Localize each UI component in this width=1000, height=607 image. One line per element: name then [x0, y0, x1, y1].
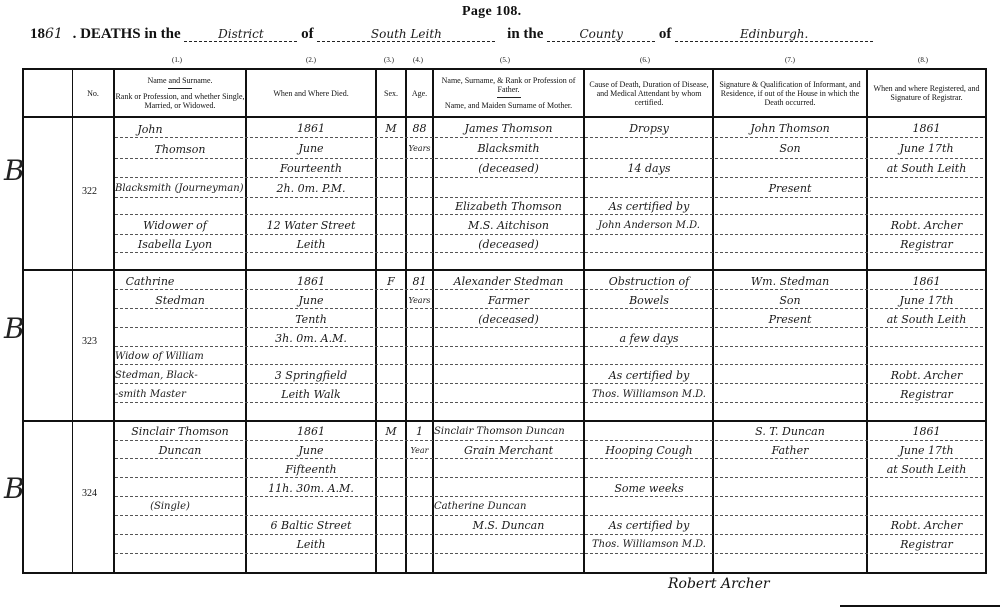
when-line: Fourteenth — [247, 162, 375, 175]
when-line: 11h. 30m. A.M. — [247, 482, 375, 495]
name-line: Cathrine — [115, 275, 185, 288]
cause-line: Obstruction of — [586, 275, 712, 288]
where-line: 6 Baltic Street — [247, 519, 375, 532]
header-name-top: Name and Surname. — [147, 76, 212, 85]
header-sex-label: Sex. — [384, 89, 398, 98]
header-cause: Cause of Death, Duration of Disease, and… — [586, 70, 712, 116]
header-no: No. — [73, 70, 113, 116]
certified-line: As certified by — [586, 200, 712, 213]
column-number-6: (6.) — [640, 56, 650, 64]
marital-line: (Single) — [115, 500, 225, 513]
rule-line — [115, 496, 983, 497]
marital-line: Widower of — [115, 219, 235, 232]
rule-line — [115, 364, 983, 365]
district-type-field: District — [184, 27, 297, 42]
rule-line — [115, 477, 983, 478]
mother-line: M.S. Aitchison — [434, 219, 583, 232]
rule-line — [115, 458, 983, 459]
where-line: Leith — [247, 538, 375, 551]
col-line-cause-left — [583, 68, 585, 574]
year-suffix: 61 — [45, 26, 63, 42]
header-when-where: When and Where Died. — [247, 70, 375, 116]
row-divider-322-323 — [22, 269, 986, 271]
name-line: Stedman — [115, 294, 245, 307]
when-line: June — [247, 294, 375, 307]
header-divider — [168, 88, 192, 89]
header-parents: Name, Surname, & Rank or Profession of F… — [434, 70, 583, 116]
rank-line: Blacksmith (Journeyman) — [115, 182, 247, 195]
where-line: Leith — [247, 238, 375, 251]
registrar-title: Registrar — [868, 538, 985, 551]
rule-line — [115, 158, 983, 159]
header-name-bottom: Rank or Profession, and whether Single, … — [115, 92, 245, 110]
certified-line: As certified by — [586, 519, 712, 532]
footer-signature: Robert Archer — [668, 576, 770, 592]
age-value: 1 — [407, 425, 432, 438]
sex-value: F — [377, 275, 405, 288]
column-number-5: (5.) — [500, 56, 510, 64]
registered-line: June 17th — [868, 294, 985, 307]
of-label-1: of — [301, 26, 314, 42]
registered-line: 1861 — [868, 425, 985, 438]
header-parents-bottom: Name, and Maiden Surname of Mother. — [445, 101, 572, 110]
rule-line — [115, 137, 983, 138]
county-name-field: Edinburgh. — [675, 27, 873, 42]
border-right — [985, 68, 987, 574]
rule-line — [115, 440, 983, 441]
where-line: 3 Springfield — [247, 369, 375, 382]
rule-line — [115, 515, 983, 516]
mother-line: Catherine Duncan — [434, 500, 583, 513]
informant-line: Son — [714, 142, 866, 155]
entry-number: 322 — [82, 186, 97, 197]
informant-line: Present — [714, 182, 866, 195]
marital-line: Isabella Lyon — [115, 238, 235, 251]
header-age-label: Age. — [412, 89, 427, 98]
rule-line — [115, 346, 983, 347]
mother-line: Elizabeth Thomson — [434, 200, 583, 213]
name-line: John — [115, 123, 185, 136]
marital-line: -smith Master — [115, 388, 247, 401]
county-type-field: County — [547, 27, 655, 42]
age-value: 81 — [407, 275, 432, 288]
informant-line: S. T. Duncan — [714, 425, 866, 438]
table-bottom-border — [22, 572, 986, 574]
column-number-2: (2.) — [306, 56, 316, 64]
registered-line: 1861 — [868, 122, 985, 135]
when-line: 1861 — [247, 275, 375, 288]
registered-line: at South Leith — [868, 463, 985, 476]
when-line: 3h. 0m. A.M. — [247, 332, 375, 345]
cause-line: Hooping Cough — [586, 444, 712, 457]
entry-number: 323 — [82, 336, 97, 347]
register-title: 1861 . DEATHS in the District of South L… — [30, 26, 873, 43]
when-line: June — [247, 444, 375, 457]
informant-line: John Thomson — [714, 122, 866, 135]
sex-value: M — [377, 122, 405, 135]
column-number-7: (7.) — [785, 56, 795, 64]
col-line-no-left — [72, 68, 73, 574]
informant-line: Son — [714, 294, 866, 307]
registrar-signature: Robt. Archer — [868, 219, 985, 232]
rule-line — [115, 197, 983, 198]
registered-line: 1861 — [868, 275, 985, 288]
father-line: Blacksmith — [434, 142, 583, 155]
father-line: (deceased) — [434, 313, 583, 326]
deaths-label: . DEATHS in the — [73, 26, 181, 42]
rule-line — [115, 234, 983, 235]
certified-line: Thos. Williamson M.D. — [586, 388, 712, 401]
father-line: Sinclair Thomson Duncan — [434, 425, 583, 438]
informant-line: Present — [714, 313, 866, 326]
header-age: Age. — [407, 70, 432, 116]
when-line: 1861 — [247, 425, 375, 438]
header-no-label: No. — [87, 89, 99, 98]
row-divider-323-324 — [22, 420, 986, 422]
name-line: Thomson — [115, 143, 245, 156]
header-registered-label: When and where Registered, and Signature… — [868, 84, 985, 102]
father-line: Farmer — [434, 294, 583, 307]
mother-line: (deceased) — [434, 238, 583, 251]
registered-line: at South Leith — [868, 162, 985, 175]
column-number-8: (8.) — [918, 56, 928, 64]
col-line-sex-left — [375, 68, 377, 574]
registrar-title: Registrar — [868, 388, 985, 401]
when-line: June — [247, 142, 375, 155]
father-line: (deceased) — [434, 162, 583, 175]
cause-line: Dropsy — [586, 122, 712, 135]
margin-mark: B — [4, 312, 25, 345]
where-line: Leith Walk — [247, 388, 375, 401]
father-line: Alexander Stedman — [434, 275, 583, 288]
rule-line — [115, 383, 983, 384]
rule-line — [115, 534, 983, 535]
age-value: 88 — [407, 122, 432, 135]
rule-line — [115, 308, 983, 309]
certified-line: Thos. Williamson M.D. — [586, 538, 712, 551]
registrar-signature: Robt. Archer — [868, 369, 985, 382]
header-informant-label: Signature & Qualification of Informant, … — [714, 80, 866, 107]
when-line: 1861 — [247, 122, 375, 135]
year-prefix: 18 — [30, 26, 45, 42]
of-label-2: of — [659, 26, 672, 42]
page-number: Page 108. — [462, 4, 521, 20]
rule-line — [115, 252, 983, 253]
duration-line: a few days — [586, 332, 712, 345]
age-unit: Years — [407, 294, 432, 307]
marital-line: Widow of William — [115, 350, 247, 363]
header-bottom-border — [22, 116, 986, 118]
header-divider — [497, 97, 521, 98]
rule-line — [115, 327, 983, 328]
age-unit: Year — [407, 444, 432, 457]
duration-line: Some weeks — [586, 482, 712, 495]
age-unit: Years — [407, 142, 432, 155]
header-parents-top: Name, Surname, & Rank or Profession of F… — [434, 76, 583, 94]
certified-line: John Anderson M.D. — [586, 219, 712, 232]
sex-value: M — [377, 425, 405, 438]
column-number-4: (4.) — [413, 56, 423, 64]
column-number-1: (1.) — [172, 56, 182, 64]
rule-line — [115, 177, 983, 178]
duration-line: 14 days — [586, 162, 712, 175]
name-line: Duncan — [115, 444, 245, 457]
name-line: Sinclair Thomson — [115, 425, 245, 438]
marital-line: Stedman, Black- — [115, 369, 247, 382]
informant-line: Wm. Stedman — [714, 275, 866, 288]
header-cause-label: Cause of Death, Duration of Disease, and… — [586, 80, 712, 107]
margin-mark: B — [4, 472, 25, 505]
column-number-3: (3.) — [384, 56, 394, 64]
entry-number: 324 — [82, 488, 97, 499]
district-name-field: South Leith — [317, 27, 495, 42]
header-registered: When and where Registered, and Signature… — [868, 70, 985, 116]
mother-line: M.S. Duncan — [434, 519, 583, 532]
father-line: James Thomson — [434, 122, 583, 135]
registrar-title: Registrar — [868, 238, 985, 251]
father-line: Grain Merchant — [434, 444, 583, 457]
when-line: Fifteenth — [247, 463, 375, 476]
rule-line — [115, 402, 983, 403]
cause-line: Bowels — [586, 294, 712, 307]
header-sex: Sex. — [377, 70, 405, 116]
rule-line — [115, 214, 983, 215]
margin-mark: B — [4, 154, 25, 187]
where-line: 12 Water Street — [247, 219, 375, 232]
header-name: Name and Surname. Rank or Profession, an… — [115, 70, 245, 116]
header-informant: Signature & Qualification of Informant, … — [714, 70, 866, 116]
registered-line: June 17th — [868, 444, 985, 457]
certified-line: As certified by — [586, 369, 712, 382]
registered-line: June 17th — [868, 142, 985, 155]
registrar-signature: Robt. Archer — [868, 519, 985, 532]
in-the-label: in the — [507, 26, 543, 42]
rule-line — [115, 289, 983, 290]
informant-line: Father — [714, 444, 866, 457]
rule-line — [115, 553, 983, 554]
registered-line: at South Leith — [868, 313, 985, 326]
header-when-where-label: When and Where Died. — [273, 89, 348, 98]
when-line: Tenth — [247, 313, 375, 326]
when-line: 2h. 0m. P.M. — [247, 182, 375, 195]
